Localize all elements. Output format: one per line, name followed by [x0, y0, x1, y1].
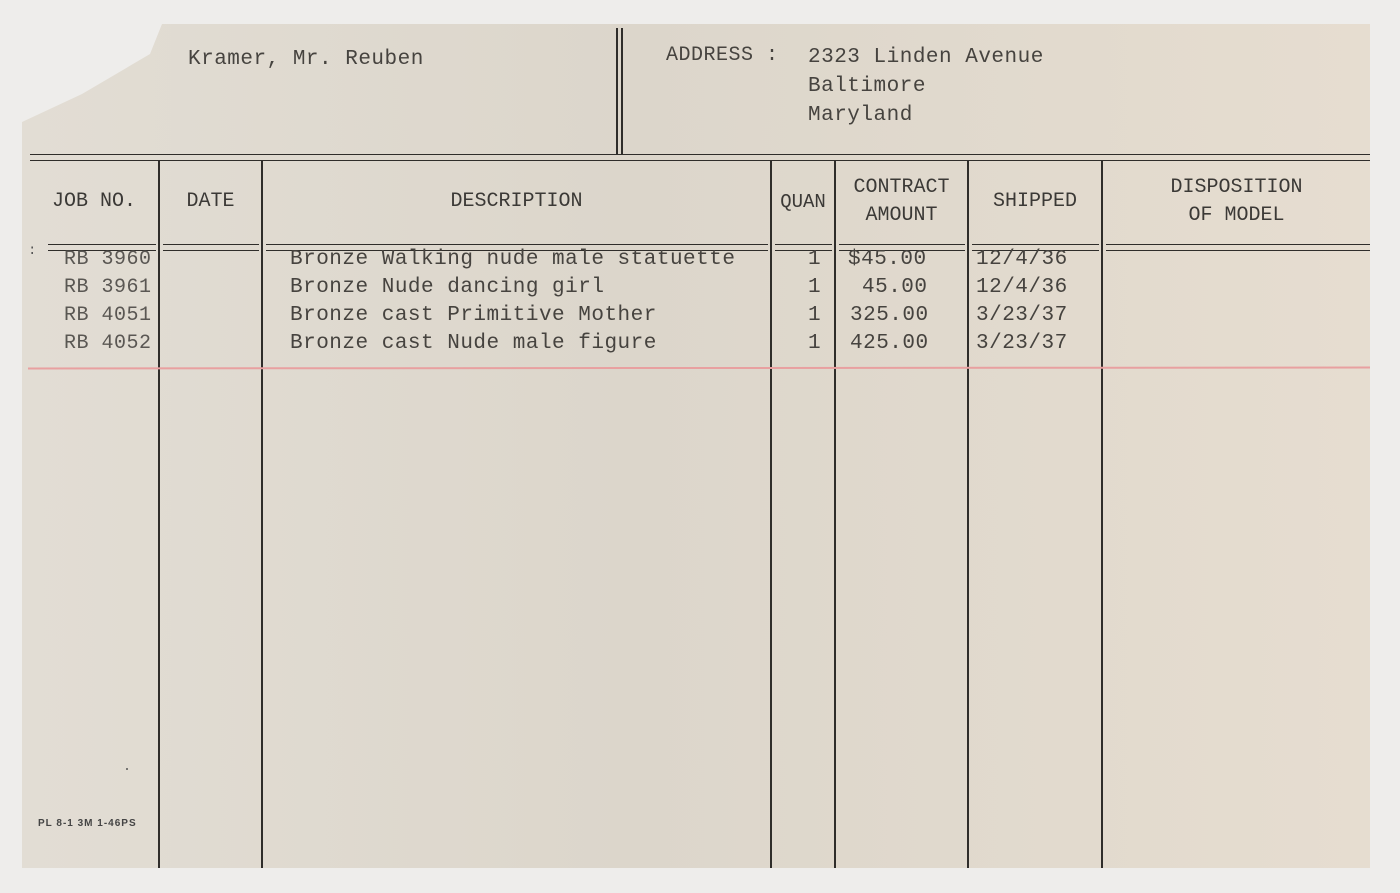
row-job-no: RB 4051: [64, 304, 152, 327]
row-job-no: RB 4052: [64, 332, 152, 355]
row-description: Bronze cast Primitive Mother: [290, 304, 657, 327]
col-header-of-model: OF MODEL: [1103, 202, 1370, 230]
col-divider-shipped: [1101, 160, 1103, 868]
row-quan: 1: [808, 332, 821, 355]
row-description: Bronze cast Nude male figure: [290, 332, 657, 355]
col-header-quan: QUAN: [772, 188, 834, 216]
header-divider: [616, 28, 618, 154]
col-header-job-no: JOB NO.: [30, 188, 158, 216]
col-header-amount: AMOUNT: [836, 202, 967, 230]
row-shipped: 12/4/36: [976, 248, 1068, 271]
header-underline-disposition: [1106, 244, 1370, 251]
header-underline-quan: [775, 244, 832, 251]
row-amount: 425.00: [850, 332, 929, 355]
punch-mark: [118, 62, 121, 65]
row-amount: 325.00: [850, 304, 929, 327]
row-description: Bronze Nude dancing girl: [290, 276, 604, 299]
col-divider-amount: [967, 160, 969, 868]
address-label: ADDRESS :: [666, 44, 779, 67]
red-rule: [28, 367, 1370, 370]
col-header-shipped: SHIPPED: [969, 188, 1101, 216]
header-divider: [621, 28, 623, 154]
row-shipped: 12/4/36: [976, 276, 1068, 299]
row-shipped: 3/23/37: [976, 304, 1068, 327]
row-job-no: RB 3960: [64, 248, 152, 271]
row-quan: 1: [808, 248, 821, 271]
form-code: PL 8-1 3M 1-46PS: [38, 818, 137, 829]
row-description: Bronze Walking nude male statuette: [290, 248, 735, 271]
col-divider-job: [158, 160, 160, 868]
row-amount: $45.00: [848, 248, 927, 271]
col-header-description: DESCRIPTION: [263, 188, 770, 216]
col-header-date: DATE: [160, 188, 261, 216]
address-line-1: 2323 Linden Avenue: [808, 46, 1044, 69]
row-quan: 1: [808, 304, 821, 327]
col-header-contract: CONTRACT: [836, 174, 967, 202]
row-job-no: RB 3961: [64, 276, 152, 299]
row-quan: 1: [808, 276, 821, 299]
colon-mark: :: [28, 243, 36, 259]
col-divider-quan: [834, 160, 836, 868]
address-line-2: Baltimore: [808, 75, 926, 98]
client-name: Kramer, Mr. Reuben: [188, 48, 424, 71]
row-shipped: 3/23/37: [976, 332, 1068, 355]
col-divider-date: [261, 160, 263, 868]
col-divider-desc: [770, 160, 772, 868]
record-card: Kramer, Mr. Reuben ADDRESS : 2323 Linden…: [22, 24, 1370, 868]
address-line-3: Maryland: [808, 104, 913, 127]
stray-mark: [126, 768, 128, 770]
row-amount: 45.00: [862, 276, 928, 299]
header-rule: [30, 154, 1370, 161]
col-header-disposition: DISPOSITION: [1103, 174, 1370, 202]
header-underline-date: [163, 244, 259, 251]
